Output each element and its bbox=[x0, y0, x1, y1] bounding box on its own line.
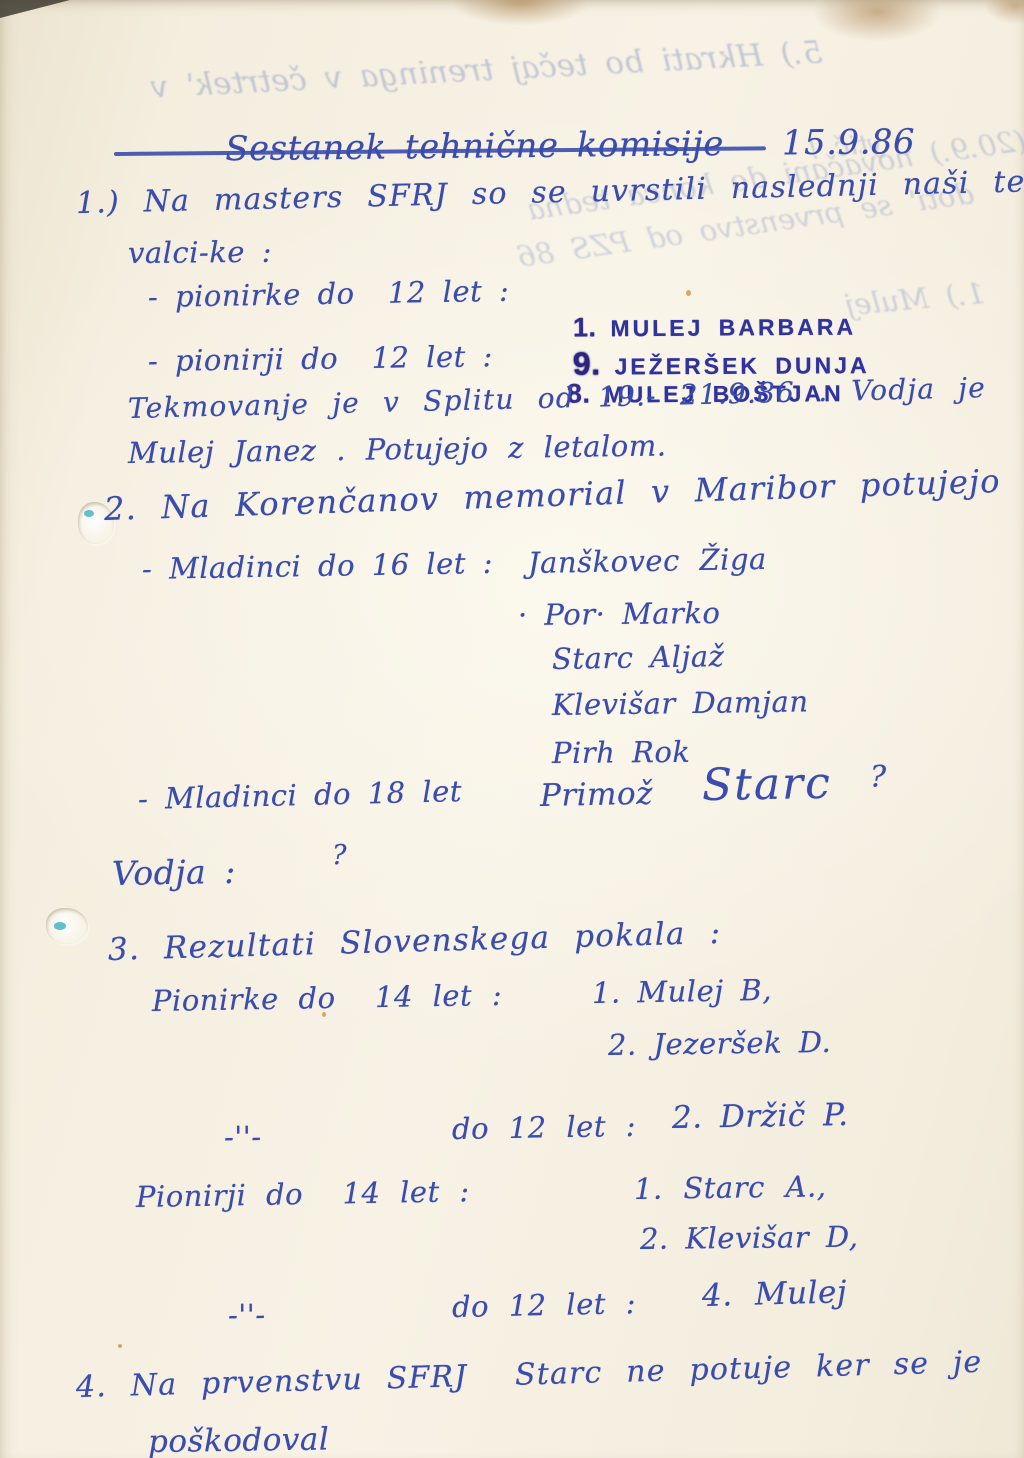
competitor-name: · Por· Marko bbox=[518, 596, 721, 632]
section3-result: 2. Klevišar D, bbox=[640, 1220, 859, 1256]
section1-row-label: - pionirji do 12 let : bbox=[148, 339, 493, 378]
section3-result: 2. Jezeršek D. bbox=[608, 1025, 832, 1062]
leader-label: Vodja : bbox=[112, 852, 236, 893]
section3-heading: 3. Rezultati Slovenskega pokala : bbox=[107, 915, 721, 968]
section1-row-label: - pionirke do 12 let : bbox=[148, 274, 510, 314]
competitor-name: Pirh Rok bbox=[552, 735, 691, 770]
damage-spot-fleck bbox=[54, 922, 66, 930]
section2-group2-label: - Mladinci do 18 let bbox=[138, 774, 463, 816]
question-mark: ? bbox=[870, 760, 887, 795]
damage-spot-fleck bbox=[84, 510, 94, 517]
scanned-page: 5.) Hkrati bo tečaj treninga v četrtek' … bbox=[0, 0, 1024, 1458]
stain bbox=[985, 0, 1024, 24]
damage-spot bbox=[46, 908, 88, 944]
title-date: 15.9.86 bbox=[782, 122, 916, 163]
paper-speck bbox=[118, 1344, 122, 1348]
ditto-mark: -''- bbox=[228, 1298, 266, 1332]
competitor-name: Janškovec Žiga bbox=[528, 542, 767, 580]
section3-row-label: Pionirke do 14 let : bbox=[152, 978, 503, 1018]
competitor-name: Starc Aljaž bbox=[552, 639, 725, 676]
section1-intro-line2: valci-ke : bbox=[128, 235, 272, 270]
competitor-last-name: Starc bbox=[702, 758, 833, 811]
section3-result: 1. Mulej B, bbox=[592, 973, 773, 1010]
section3-result: 1. Starc A., bbox=[634, 1169, 827, 1206]
section4-line1: 4. Na prvenstvu SFRJ Starc ne potuje ker… bbox=[76, 1345, 983, 1405]
section4-line2: poškodoval bbox=[148, 1421, 330, 1458]
section3-row-label: do 12 let : bbox=[452, 1286, 637, 1324]
section2-group1-label: - Mladinci do 16 let : bbox=[142, 546, 494, 586]
section3-row-label: do 12 let : bbox=[452, 1109, 637, 1146]
section3-result: 4. Mulej bbox=[702, 1274, 848, 1314]
stain bbox=[812, 0, 942, 42]
competitor-name: Klevišar Damjan bbox=[552, 684, 809, 722]
ditto-mark: -''- bbox=[224, 1120, 262, 1154]
leader-value: ? bbox=[332, 840, 347, 871]
section3-result: 2. Držič P. bbox=[672, 1097, 849, 1136]
section1-note-line2: Mulej Janez . Potujejo z letalom. bbox=[128, 428, 667, 470]
section3-row-label: Pionirji do 14 let : bbox=[136, 1174, 470, 1214]
scan-corner-shadow bbox=[0, 0, 70, 18]
stain bbox=[450, 0, 590, 26]
section2-heading: 2. Na Korenčanov memorial v Maribor potu… bbox=[103, 461, 1024, 528]
competitor-first-name: Primož bbox=[540, 776, 654, 814]
